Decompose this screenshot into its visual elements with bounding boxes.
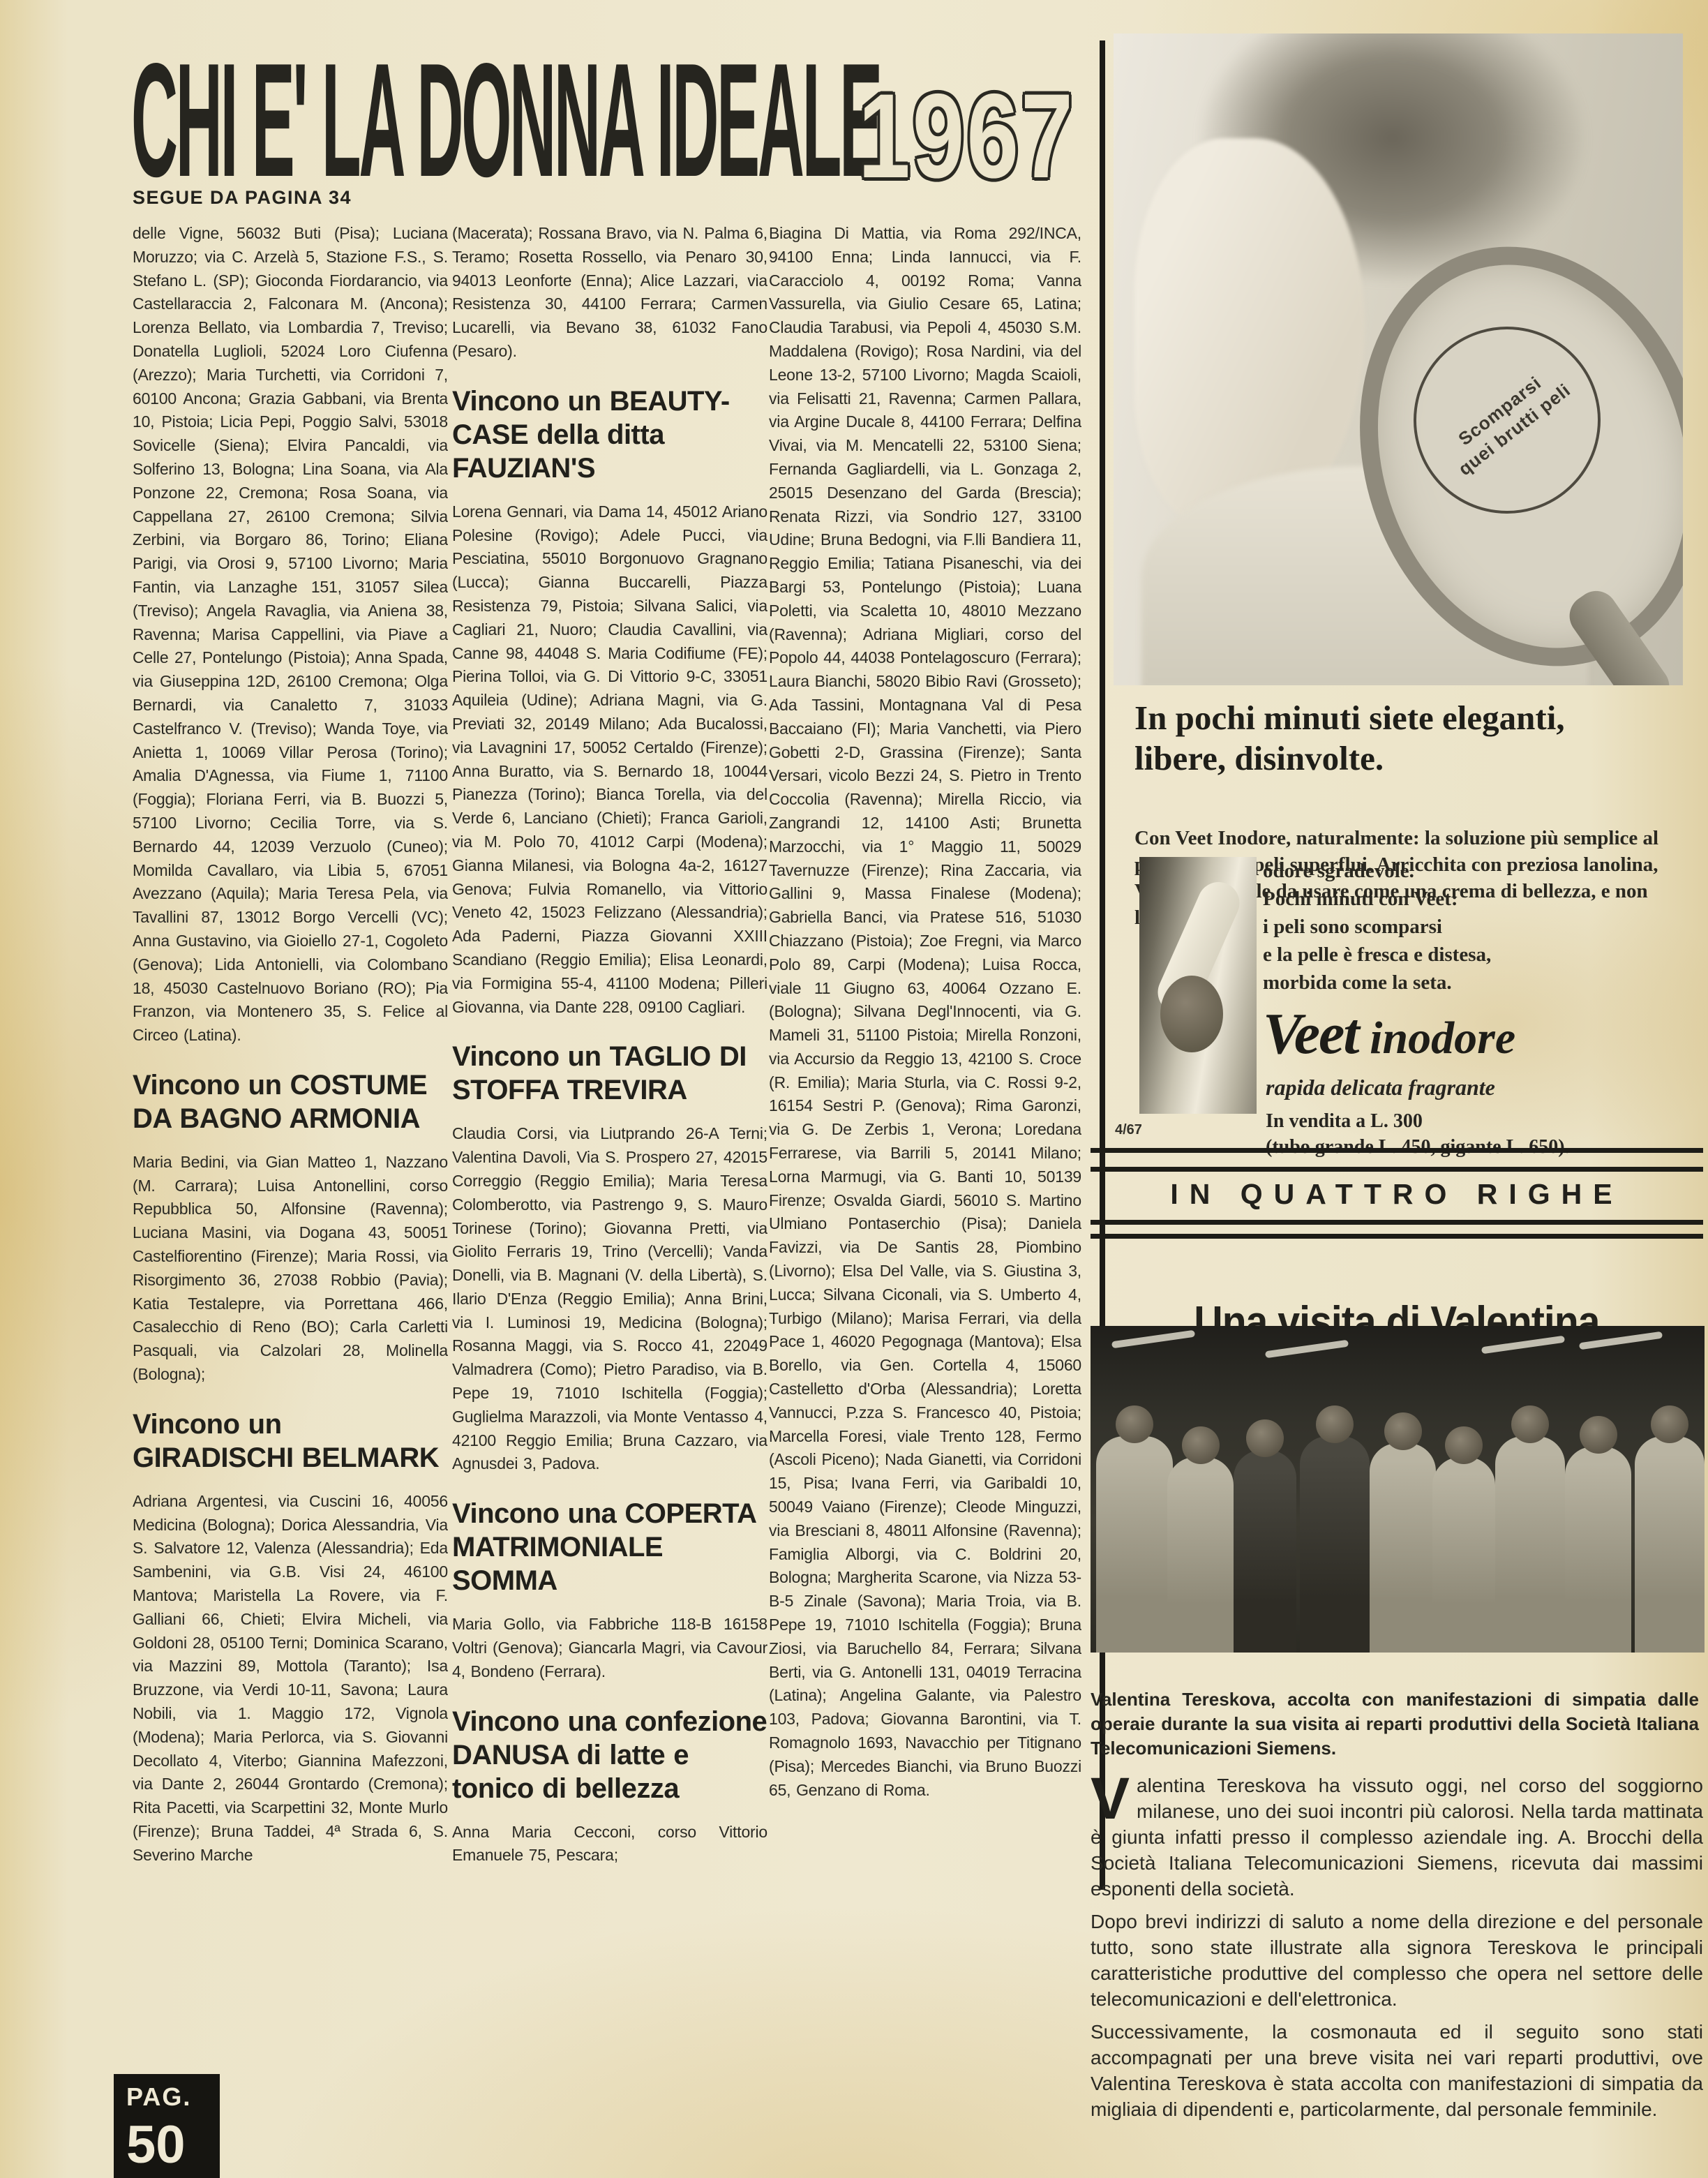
ad-headline: In pochi minuti siete eleganti, libere, … bbox=[1134, 698, 1651, 779]
photo-person-head bbox=[1580, 1416, 1617, 1454]
photo-person-head bbox=[1316, 1405, 1354, 1443]
news-article: Valentina Tereskova ha vissuto oggi, nel… bbox=[1091, 1773, 1703, 2129]
page-label: PAG. bbox=[126, 2082, 191, 2112]
ad-body-line: odore sgradevole. bbox=[1263, 857, 1681, 885]
photo-ceiling-light bbox=[1265, 1340, 1349, 1359]
brand-name: Veet bbox=[1263, 1001, 1358, 1066]
photo-person-head bbox=[1651, 1405, 1688, 1443]
photo-person-figure bbox=[1565, 1447, 1631, 1653]
photo-person-head bbox=[1384, 1412, 1422, 1450]
page-title: CHI E' LA DONNA IDEALE bbox=[131, 61, 881, 180]
brand-suffix: inodore bbox=[1358, 1013, 1516, 1064]
photo-person-figure bbox=[1635, 1436, 1705, 1653]
winners-paragraph: Lorena Gennari, via Dama 14, 45012 Arian… bbox=[452, 500, 767, 1020]
photo-ceiling-light bbox=[1579, 1332, 1663, 1350]
photo-person-figure bbox=[1300, 1436, 1370, 1653]
article-paragraph: Dopo brevi indirizzi di saluto a nome de… bbox=[1091, 1909, 1703, 2012]
winners-paragraph: Anna Maria Cecconi, corso Vittorio Emanu… bbox=[452, 1821, 767, 1868]
page-number: 50 bbox=[126, 2114, 186, 2175]
continued-from-note: SEGUE DA PAGINA 34 bbox=[133, 187, 352, 209]
photo-person-figure bbox=[1096, 1436, 1173, 1653]
winners-column-2: (Macerata); Rossana Bravo, via N. Palma … bbox=[452, 222, 767, 2070]
ad-photo-woman-with-mirror: Scomparsi quei brutti peli bbox=[1114, 33, 1683, 685]
prize-heading: Vincono una confezione DANUSA di latte e… bbox=[452, 1705, 767, 1805]
ad-body-line: morbida come la seta. bbox=[1263, 969, 1681, 997]
mirror-stamp-text: Scomparsi quei brutti peli bbox=[1437, 359, 1576, 482]
photo-person-head bbox=[1246, 1419, 1284, 1457]
photo-person-head bbox=[1182, 1426, 1220, 1464]
photo-person-figure bbox=[1432, 1457, 1495, 1653]
winners-paragraph: (Macerata); Rossana Bravo, via N. Palma … bbox=[452, 222, 767, 364]
photo-ceiling-light bbox=[1111, 1330, 1195, 1349]
ad-body-line: Pochi minuti con Veet: bbox=[1263, 885, 1681, 913]
prize-heading: Vincono un BEAUTY-CASE della ditta FAUZI… bbox=[452, 385, 767, 485]
winners-column-3: Biagina Di Mattia, via Roma 292/INCA, 94… bbox=[769, 222, 1081, 2070]
winners-paragraph: Adriana Argentesi, via Cuscini 16, 40056… bbox=[133, 1490, 448, 1867]
prize-heading: Vincono una COPERTA MATRIMONIALE SOMMA bbox=[452, 1497, 767, 1597]
article-paragraph: Successivamente, la cosmonauta ed il seg… bbox=[1091, 2019, 1703, 2122]
article-paragraph: Valentina Tereskova ha vissuto oggi, nel… bbox=[1091, 1773, 1703, 1902]
horizontal-rule bbox=[1091, 1220, 1703, 1225]
photo-person-figure bbox=[1234, 1450, 1296, 1653]
veet-logo: Veet inodore bbox=[1263, 1000, 1515, 1068]
prize-heading: Vincono un TAGLIO DI STOFFA TREVIRA bbox=[452, 1040, 767, 1107]
winners-paragraph: Claudia Corsi, via Liutprando 26-A Terni… bbox=[452, 1122, 767, 1476]
photo-head-shape bbox=[1160, 976, 1223, 1052]
winners-paragraph: Maria Gollo, via Fabbriche 118-B 16158 V… bbox=[452, 1613, 767, 1683]
page-number-badge: PAG. 50 bbox=[114, 2074, 220, 2178]
photo-person-figure bbox=[1370, 1443, 1436, 1653]
ad-photo-underarm bbox=[1139, 857, 1257, 1114]
horizontal-rule bbox=[1091, 1148, 1703, 1153]
ad-body-line: i peli sono scomparsi bbox=[1263, 913, 1681, 941]
ad-body-line: e la pelle è fresca e distesa, bbox=[1263, 941, 1681, 969]
photo-person-head bbox=[1116, 1405, 1153, 1443]
ad-price-line-2: (tubo grande L. 450, gigante L. 650). bbox=[1266, 1136, 1570, 1158]
photo-person-head bbox=[1511, 1405, 1549, 1443]
section-title: IN QUATTRO RIGHE bbox=[1091, 1178, 1703, 1211]
photo-person-head bbox=[1445, 1426, 1483, 1464]
ad-body-lines: odore sgradevole.Pochi minuti con Veet:i… bbox=[1263, 857, 1681, 997]
ad-tagline: rapida delicata fragrante bbox=[1266, 1075, 1495, 1101]
ad-issue-code: 4/67 bbox=[1115, 1122, 1142, 1138]
winners-column-1: delle Vigne, 56032 Buti (Pisa); Luciana … bbox=[133, 222, 448, 2070]
photo-person-figure bbox=[1167, 1457, 1234, 1653]
winners-paragraph: Biagina Di Mattia, via Roma 292/INCA, 94… bbox=[769, 222, 1081, 1802]
news-photo-factory-visit bbox=[1091, 1326, 1705, 1653]
drop-cap: V bbox=[1091, 1773, 1137, 1821]
horizontal-rule bbox=[1091, 1167, 1703, 1172]
photo-person-figure bbox=[1495, 1436, 1565, 1653]
horizontal-rule bbox=[1091, 1234, 1703, 1239]
winners-paragraph: delle Vigne, 56032 Buti (Pisa); Luciana … bbox=[133, 222, 448, 1047]
prize-heading: Vincono un GIRADISCHI BELMARK bbox=[133, 1408, 448, 1475]
magazine-page: CHI E' LA DONNA IDEALE 1967 SEGUE DA PAG… bbox=[0, 0, 1708, 2178]
title-year: 1967 bbox=[858, 91, 1075, 181]
winners-paragraph: Maria Bedini, via Gian Matteo 1, Nazzano… bbox=[133, 1151, 448, 1387]
news-photo-caption: Valentina Tereskova, accolta con manifes… bbox=[1091, 1687, 1699, 1761]
photo-ceiling-light bbox=[1481, 1336, 1565, 1355]
prize-heading: Vincono un COSTUME DA BAGNO ARMONIA bbox=[133, 1068, 448, 1135]
ad-price-line-1: In vendita a L. 300 bbox=[1266, 1110, 1423, 1133]
